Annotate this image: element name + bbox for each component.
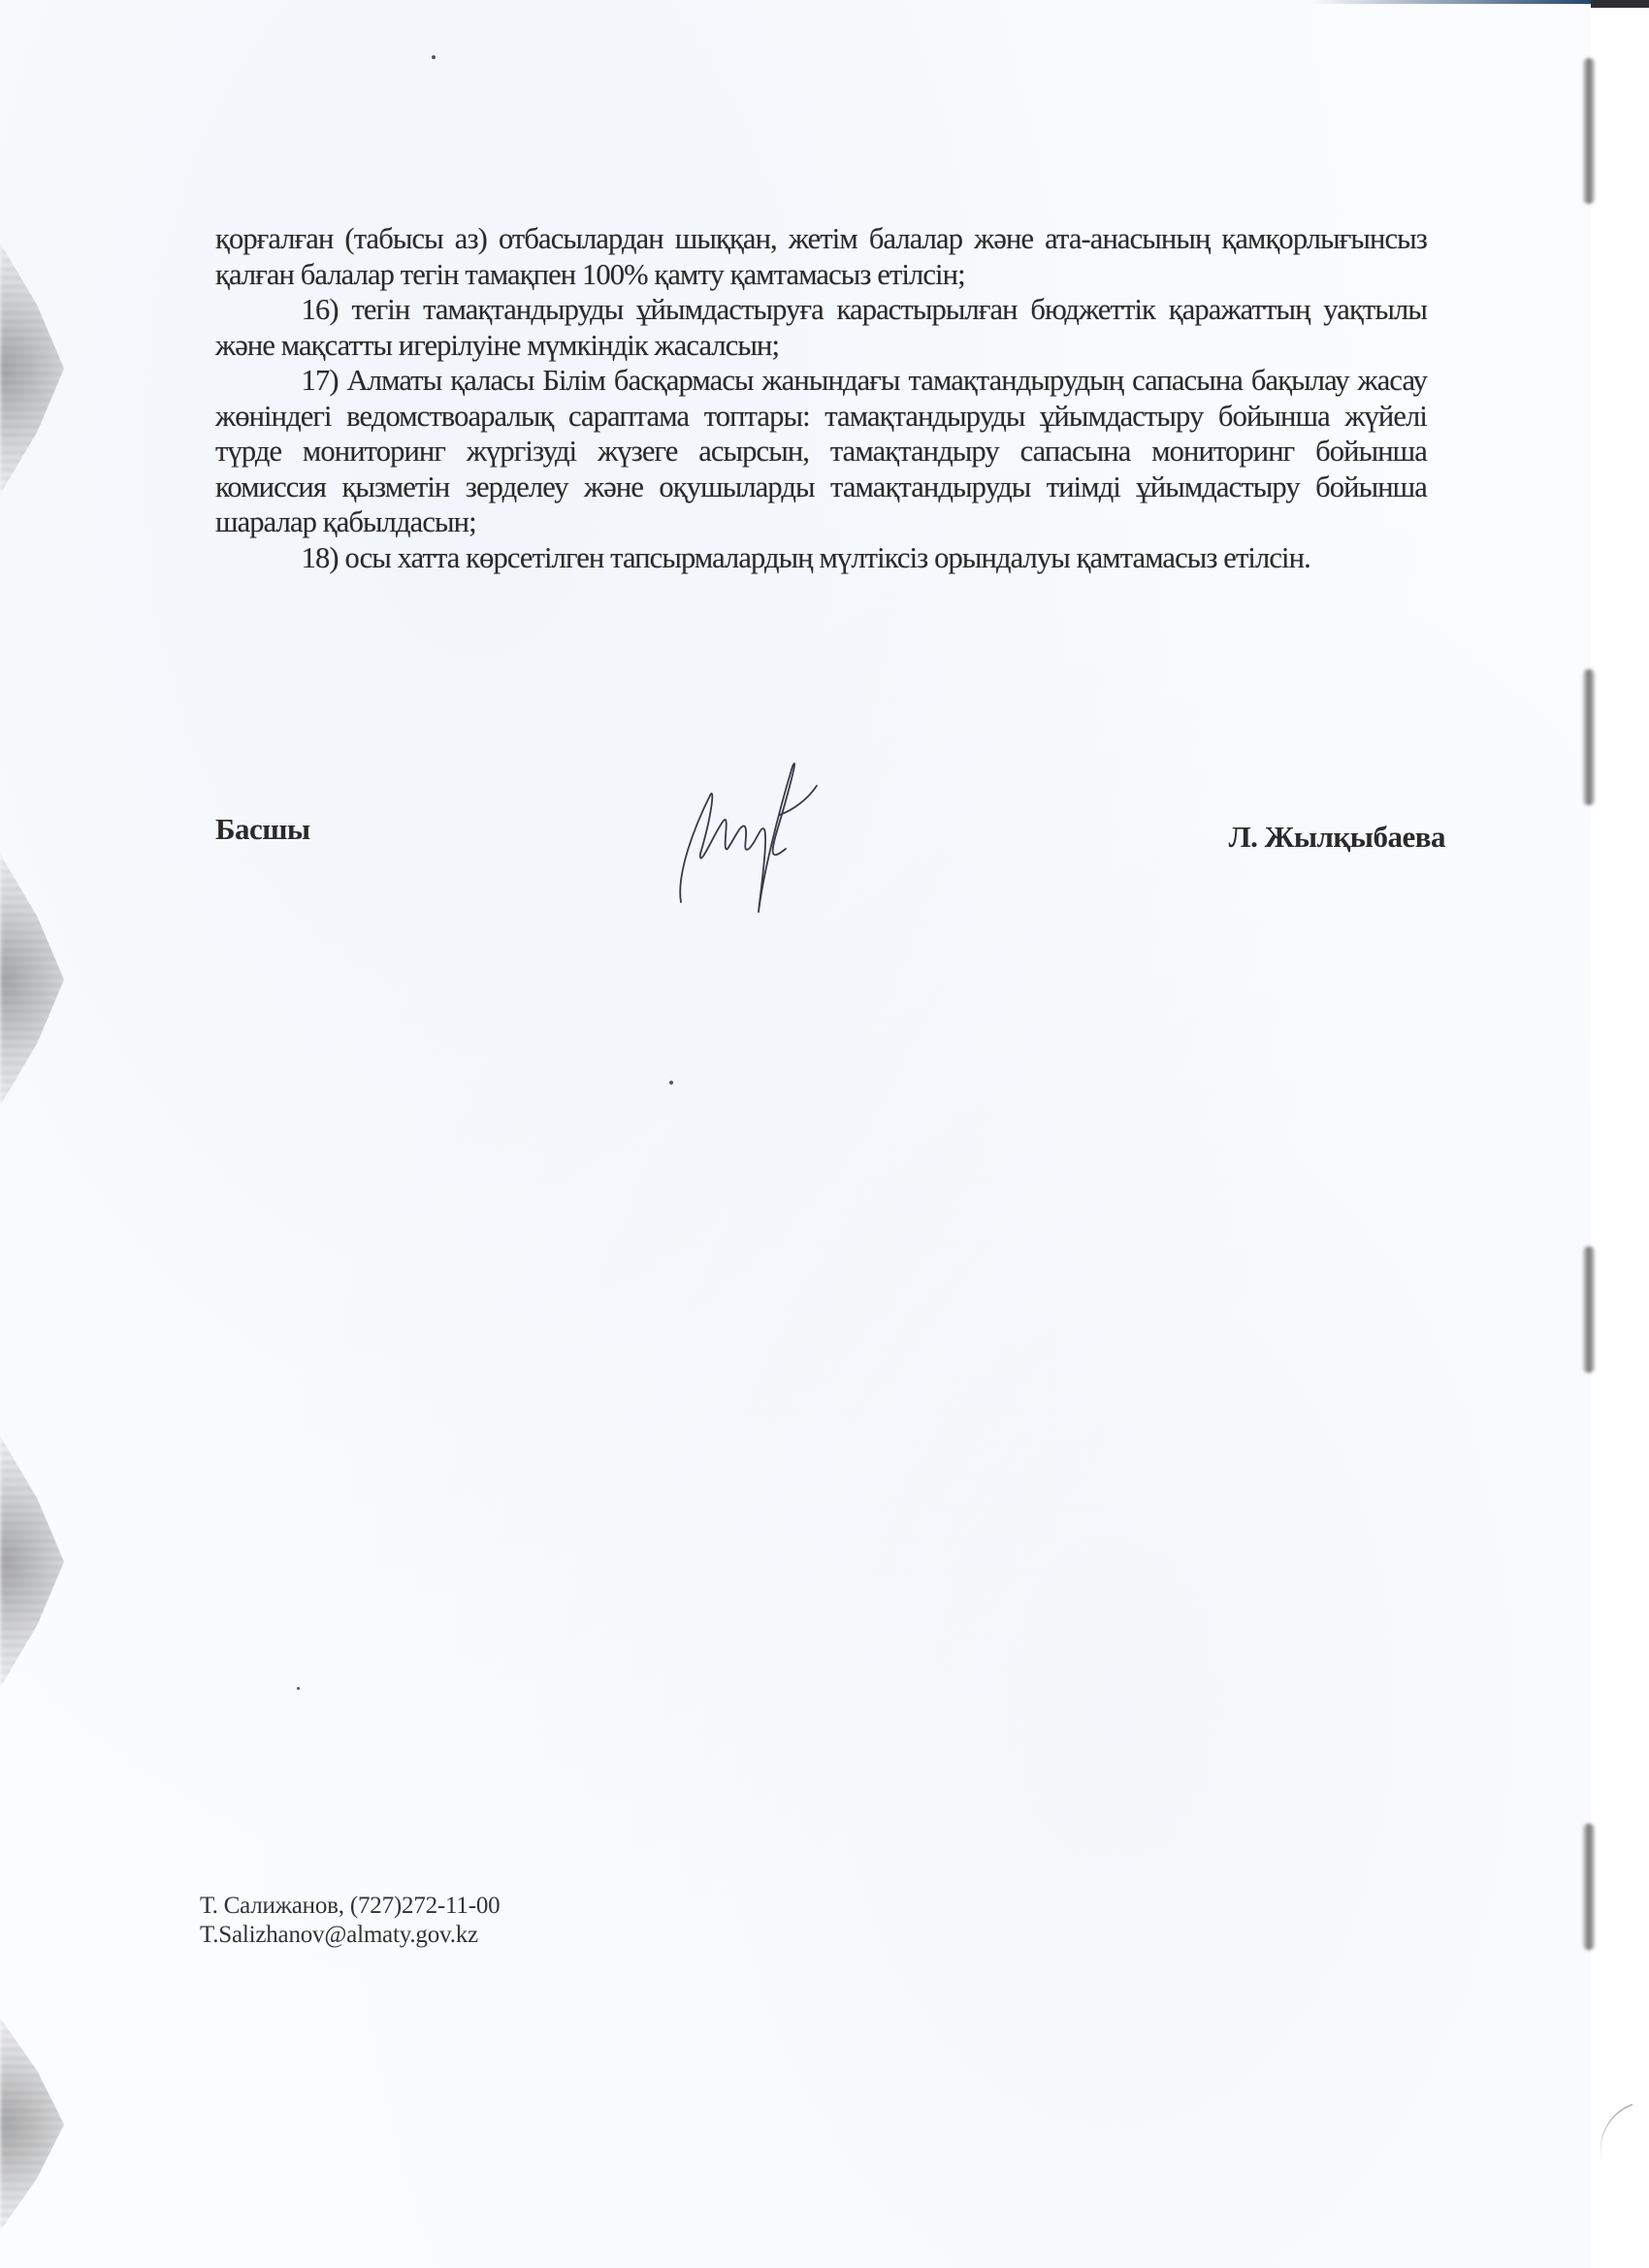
paragraph-17: 17) Алматы қаласы Білім басқармасы жанын… xyxy=(215,363,1427,540)
scan-smear xyxy=(1583,1247,1595,1373)
contact-name-phone: Т. Салижанов, (727)272-11-00 xyxy=(200,1892,500,1921)
contact-email: T.Salizhanov@almaty.gov.kz xyxy=(200,1921,500,1950)
scan-margin xyxy=(1591,0,1649,2268)
handwritten-signature-icon xyxy=(671,757,826,922)
paragraph-15-continuation: қорғалған (табысы аз) отбасылардан шыққа… xyxy=(215,221,1427,292)
contact-info: Т. Салижанов, (727)272-11-00 T.Salizhano… xyxy=(200,1892,500,1950)
scan-smear xyxy=(1583,58,1595,204)
scan-speck xyxy=(669,1081,673,1085)
scan-edge-artifact xyxy=(1591,0,1649,8)
signature-block: Басшы Л. Жылқыбаева xyxy=(215,757,1445,922)
scan-smear xyxy=(1583,669,1595,805)
scan-speck xyxy=(297,1687,300,1690)
paragraph-18: 18) осы хатта көрсетілген тапсырмалардың… xyxy=(215,540,1427,576)
paragraph-16: 16) тегін тамақтандыруды ұйымдастыруға к… xyxy=(215,292,1427,363)
scan-smear xyxy=(1583,1824,1595,1950)
scan-speck xyxy=(432,55,436,59)
document-body: қорғалған (табысы аз) отбасылардан шыққа… xyxy=(215,221,1427,575)
signatory-title: Басшы xyxy=(215,812,310,847)
signatory-name: Л. Жылқыбаева xyxy=(1229,820,1445,855)
scan-edge-artifact xyxy=(1309,0,1591,4)
